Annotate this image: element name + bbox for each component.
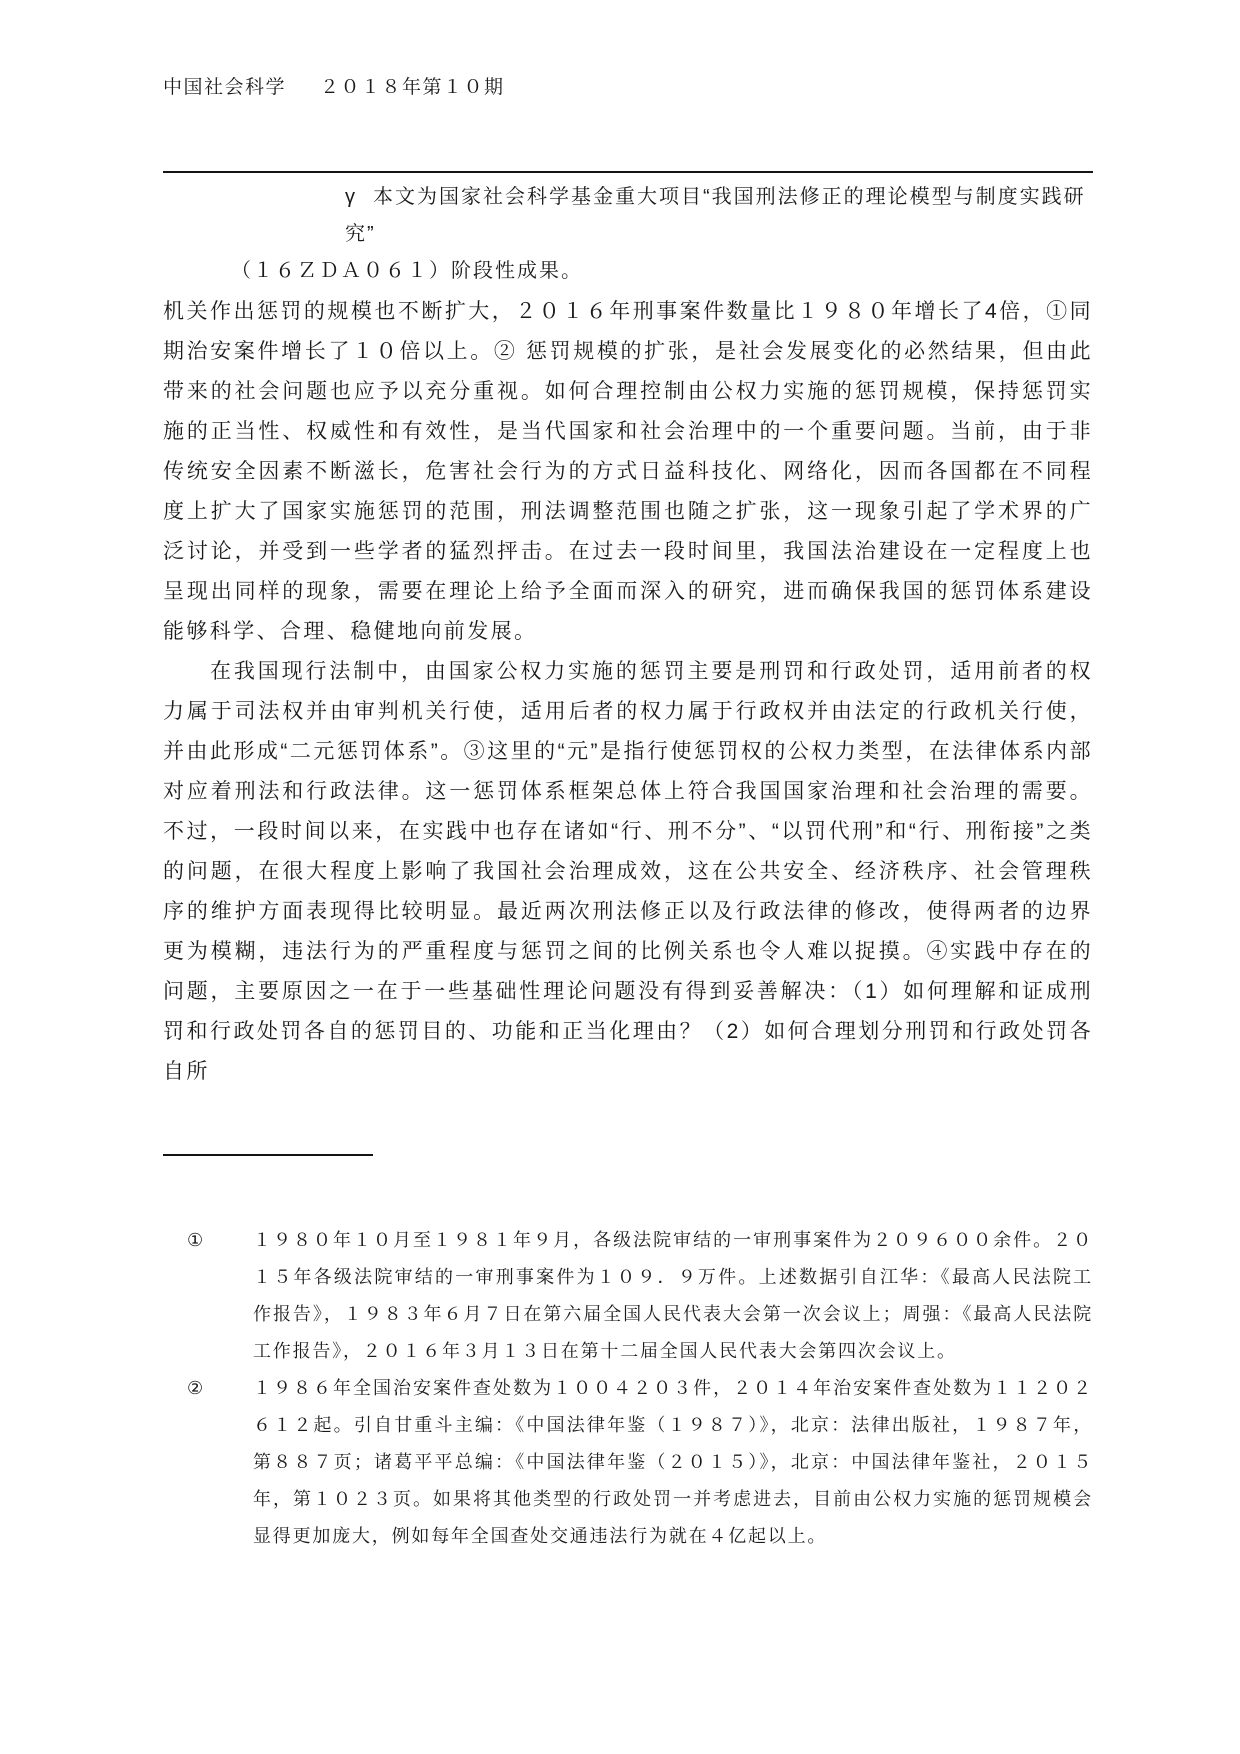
funding-note-text: 本文为国家社会科学基金重大项目“我国刑法修正的理论模型与制度实践研究”: [345, 186, 1086, 245]
header-divider: [163, 171, 1093, 173]
journal-title: 中国社会科学: [163, 77, 286, 98]
footnote-list: ① １９８０年１０月至１９８１年９月，各级法院审结的一审刑事案件为２０９６００余…: [163, 1222, 1093, 1555]
funding-note-marker: γ: [345, 186, 357, 208]
funding-note-line1: γ本文为国家社会科学基金重大项目“我国刑法修正的理论模型与制度实践研究”: [163, 179, 1093, 253]
footnote-divider: [163, 1154, 373, 1156]
footnote-item: ② １９８６年全国治安案件查处数为１００４２０３件，２０１４年治安案件查处数为１…: [163, 1370, 1093, 1555]
document-page: 中国社会科学２０１８年第１０期 γ本文为国家社会科学基金重大项目“我国刑法修正的…: [0, 0, 1240, 1754]
funding-note-line2: （１６ＺＤＡ０６１）阶段性成果。: [163, 253, 1093, 290]
body-paragraph: 机关作出惩罚的规模也不断扩大，２０１６年刑事案件数量比１９８０年增长了4倍，①同…: [163, 292, 1093, 652]
footnote-text: １９８６年全国治安案件查处数为１００４２０３件，２０１４年治安案件查处数为１１２…: [253, 1370, 1093, 1555]
journal-issue: ２０１８年第１０期: [320, 77, 505, 98]
funding-note: γ本文为国家社会科学基金重大项目“我国刑法修正的理论模型与制度实践研究” （１６…: [163, 179, 1093, 290]
footnote-marker: ①: [187, 1222, 253, 1370]
footnote-marker: ②: [187, 1370, 253, 1555]
footnote-text: １９８０年１０月至１９８１年９月，各级法院审结的一审刑事案件为２０９６００余件。…: [253, 1222, 1093, 1370]
article-body: 机关作出惩罚的规模也不断扩大，２０１６年刑事案件数量比１９８０年增长了4倍，①同…: [163, 292, 1093, 1092]
footnote-item: ① １９８０年１０月至１９８１年９月，各级法院审结的一审刑事案件为２０９６００余…: [163, 1222, 1093, 1370]
journal-header: 中国社会科学２０１８年第１０期: [163, 0, 1093, 99]
body-paragraph: 在我国现行法制中，由国家公权力实施的惩罚主要是刑罚和行政处罚，适用前者的权力属于…: [163, 652, 1093, 1092]
